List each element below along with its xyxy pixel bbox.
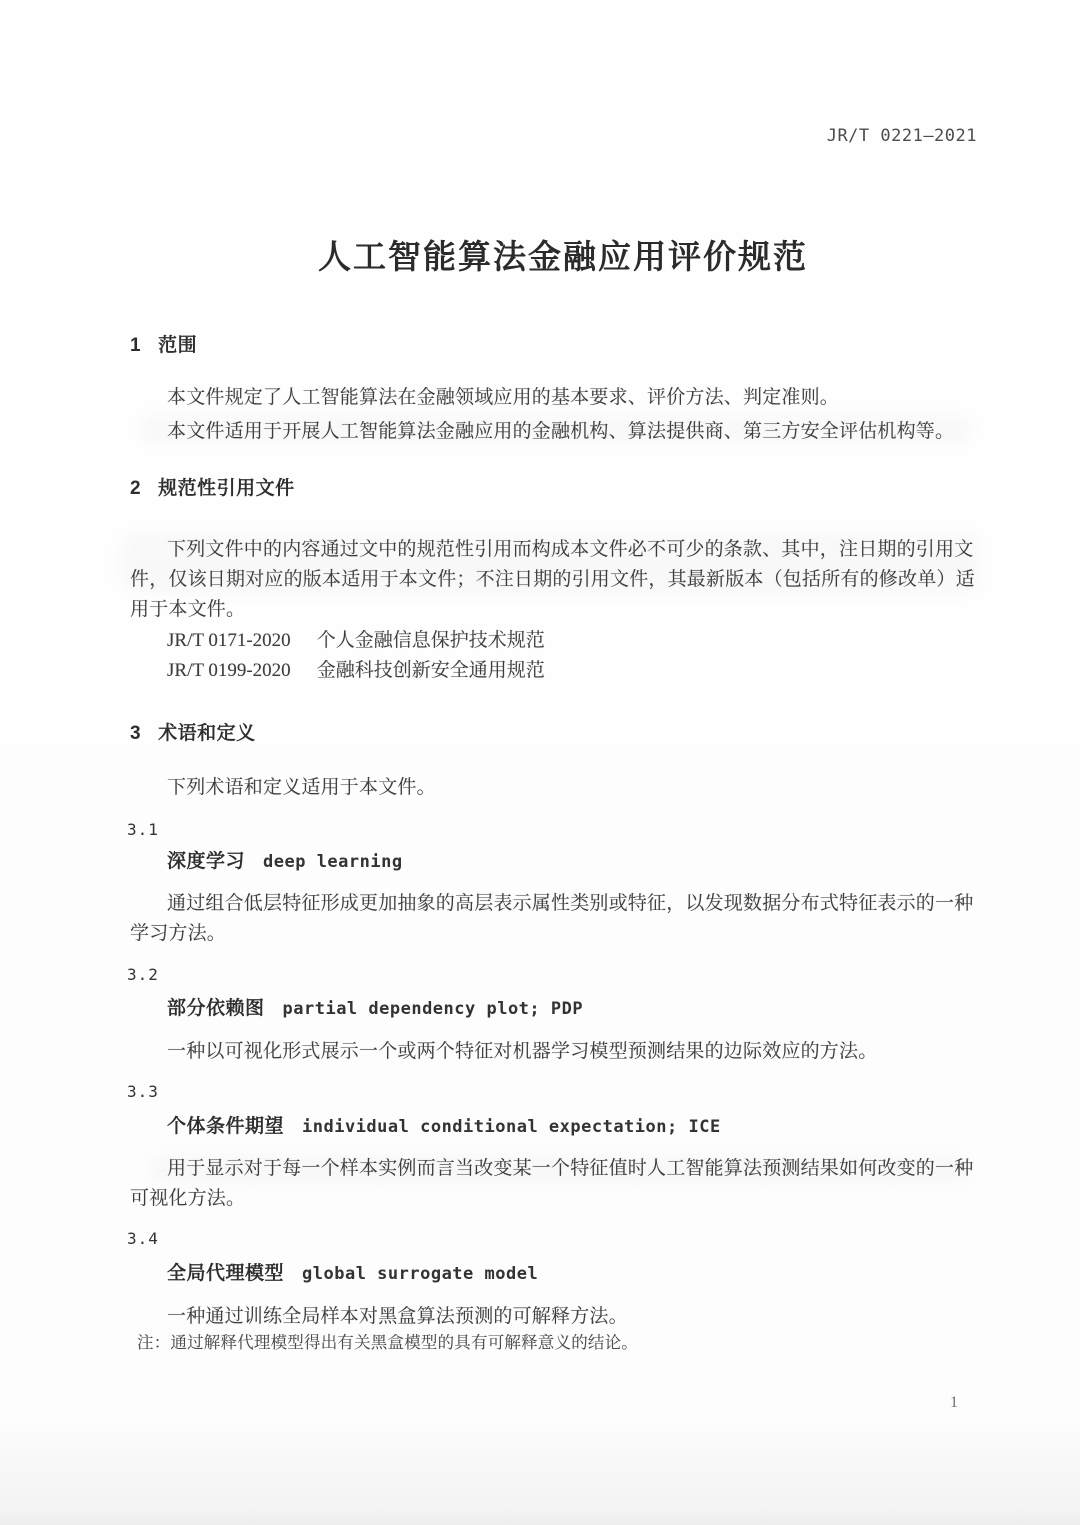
section-title: 术语和定义 xyxy=(158,723,256,744)
term-chinese: 全局代理模型 xyxy=(167,1263,284,1284)
standard-number-header: JR/T 0221—2021 xyxy=(827,126,977,146)
term-english: deep learning xyxy=(263,852,403,872)
term-heading: 深度学习deep learning xyxy=(167,846,403,873)
document-title: 人工智能算法金融应用评价规范 xyxy=(138,231,988,278)
normative-references-paragraph: 下列文件中的内容通过文中的规范性引用而构成本文件必不可少的条款、其中，注日期的引… xyxy=(130,535,982,625)
section-1-heading: 1范围 xyxy=(130,330,197,357)
term-chinese: 深度学习 xyxy=(167,851,245,872)
section-number: 1 xyxy=(130,335,141,356)
reference-code: JR/T 0171-2020 xyxy=(167,630,291,651)
section-2-heading: 2规范性引用文件 xyxy=(130,473,295,500)
section-title: 范围 xyxy=(158,335,197,356)
document-page: JR/T 0221—2021 人工智能算法金融应用评价规范 1范围 本文件规定了… xyxy=(0,0,1080,1525)
term-chinese: 个体条件期望 xyxy=(167,1116,284,1137)
term-note: 注：通过解释代理模型得出有关黑盒模型的具有可解释意义的结论。 xyxy=(137,1329,977,1353)
term-definition: 通过组合低层特征形成更加抽象的高层表示属性类别或特征，以发现数据分布式特征表示的… xyxy=(130,889,982,949)
reference-title: 个人金融信息保护技术规范 xyxy=(317,630,545,651)
clause-number: 3.4 xyxy=(127,1229,159,1248)
section-number: 3 xyxy=(130,723,141,744)
term-heading: 个体条件期望individual conditional expectation… xyxy=(167,1111,721,1138)
reference-title: 金融科技创新安全通用规范 xyxy=(317,660,545,681)
term-definition: 一种以可视化形式展示一个或两个特征对机器学习模型预测结果的边际效应的方法。 xyxy=(130,1037,982,1067)
section-title: 规范性引用文件 xyxy=(158,478,295,499)
scope-paragraph-1: 本文件规定了人工智能算法在金融领域应用的基本要求、评价方法、判定准则。 xyxy=(130,383,982,413)
reference-code: JR/T 0199-2020 xyxy=(167,660,291,681)
clause-number: 3.2 xyxy=(127,965,159,984)
term-heading: 部分依赖图partial dependency plot; PDP xyxy=(167,993,583,1020)
page-number: 1 xyxy=(950,1394,958,1412)
term-heading: 全局代理模型global surrogate model xyxy=(167,1258,538,1285)
clause-number: 3.1 xyxy=(127,820,159,839)
scope-paragraph-2: 本文件适用于开展人工智能算法金融应用的金融机构、算法提供商、第三方安全评估机构等… xyxy=(130,417,982,447)
term-chinese: 部分依赖图 xyxy=(167,998,265,1019)
term-definition: 一种通过训练全局样本对黑盒算法预测的可解释方法。 xyxy=(130,1302,982,1332)
terms-intro: 下列术语和定义适用于本文件。 xyxy=(130,773,982,803)
clause-number: 3.3 xyxy=(127,1082,159,1101)
reference-item: JR/T 0171-2020个人金融信息保护技术规范 xyxy=(167,625,545,652)
reference-item: JR/T 0199-2020金融科技创新安全通用规范 xyxy=(167,655,545,682)
section-3-heading: 3术语和定义 xyxy=(130,718,256,745)
section-number: 2 xyxy=(130,478,141,499)
term-english: individual conditional expectation; ICE xyxy=(302,1117,721,1137)
term-english: partial dependency plot; PDP xyxy=(283,999,584,1019)
term-definition: 用于显示对于每一个样本实例而言当改变某一个特征值时人工智能算法预测结果如何改变的… xyxy=(130,1154,982,1214)
term-english: global surrogate model xyxy=(302,1264,538,1284)
